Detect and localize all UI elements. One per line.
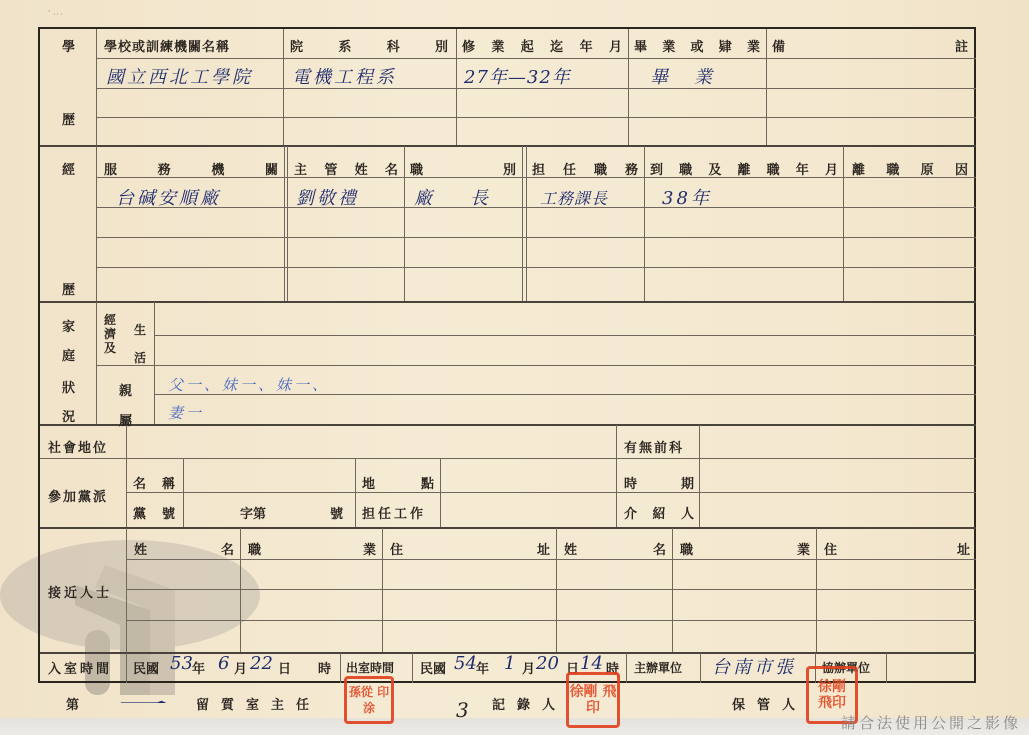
hdr-char: 因 bbox=[955, 159, 968, 178]
hdr-char: 職 bbox=[886, 159, 899, 178]
hdr-char: 業 bbox=[662, 36, 675, 55]
divider bbox=[154, 302, 155, 424]
header-job-title: 職別 bbox=[410, 159, 516, 178]
header-duty: 担任職務 bbox=[532, 159, 638, 178]
divider bbox=[766, 29, 767, 145]
family-label-char: 狀 bbox=[62, 377, 75, 396]
section-line bbox=[40, 424, 976, 426]
lbl-char: 名 bbox=[133, 473, 146, 492]
header-leaving-reason: 離職原因 bbox=[852, 159, 968, 178]
divider bbox=[126, 653, 127, 683]
header-graduation-status: 畢業或肄業 bbox=[634, 36, 760, 55]
hdr-char: 或 bbox=[690, 36, 703, 55]
header-department: 院系科別 bbox=[290, 36, 448, 55]
family-label-char: 庭 bbox=[62, 345, 75, 364]
header-remarks: 備註 bbox=[772, 36, 968, 55]
party-period-label: 時期 bbox=[624, 473, 694, 492]
divider bbox=[556, 528, 557, 652]
hdr-char: 務 bbox=[625, 159, 638, 178]
hdr-char: 修 bbox=[462, 36, 475, 55]
divider bbox=[240, 528, 241, 652]
experience-dates-value[interactable]: 38年 bbox=[662, 184, 712, 210]
hdr-char: 職 bbox=[680, 539, 693, 558]
exit-hour-value[interactable]: 14 bbox=[580, 653, 603, 674]
hdr-char: 姓 bbox=[355, 159, 368, 178]
divider bbox=[183, 459, 184, 527]
party-number-end: 號 bbox=[330, 503, 343, 522]
family-label-char: 家 bbox=[62, 316, 75, 335]
divider bbox=[644, 146, 645, 301]
lbl-char: 紹 bbox=[652, 503, 665, 522]
hdr-char: 註 bbox=[955, 36, 968, 55]
hdr-char: 管 bbox=[324, 159, 337, 178]
divider bbox=[886, 653, 887, 683]
hdr-char: 年 bbox=[580, 36, 593, 55]
record-form: 學 歷 學校或訓練機關名稱 院系科別 修業起迄年月 畢業或肄業 備註 國立西北工… bbox=[38, 27, 976, 683]
lbl-char: 稱 bbox=[162, 473, 175, 492]
row-line bbox=[97, 267, 976, 268]
education-label-bottom: 歷 bbox=[62, 109, 75, 128]
party-place-label: 地點 bbox=[362, 473, 434, 492]
hdr-char: 離 bbox=[737, 159, 750, 178]
hdr-char: 及 bbox=[708, 159, 721, 178]
hdr-char: 職 bbox=[248, 539, 261, 558]
divider bbox=[284, 146, 285, 301]
divider bbox=[287, 146, 288, 301]
entry-day-value[interactable]: 22 bbox=[250, 653, 273, 674]
lbl-char: 及 bbox=[104, 341, 116, 355]
hdr-char: 別 bbox=[435, 36, 448, 55]
hdr-char: 月 bbox=[825, 159, 838, 178]
experience-supervisor-value[interactable]: 劉敬禮 bbox=[296, 184, 359, 210]
lbl-char: 期 bbox=[681, 473, 694, 492]
divider bbox=[699, 425, 700, 527]
divider bbox=[340, 653, 341, 683]
divider bbox=[626, 653, 627, 683]
education-period-value[interactable]: 27年—32年 bbox=[464, 63, 571, 89]
hdr-char: 畢 bbox=[634, 36, 647, 55]
lbl-char: 時 bbox=[624, 473, 637, 492]
row-line bbox=[155, 335, 976, 336]
hdr-char: 住 bbox=[824, 539, 837, 558]
experience-label-bottom: 歷 bbox=[62, 279, 75, 298]
criminal-record-label: 有無前科 bbox=[624, 437, 684, 456]
hdr-char: 址 bbox=[957, 539, 970, 558]
experience-organization-value[interactable]: 台碱安順廠 bbox=[116, 184, 221, 210]
divider bbox=[96, 146, 97, 301]
month-char: 月 bbox=[234, 658, 247, 677]
lbl-char: 生 bbox=[134, 316, 146, 344]
hdr-char: 備 bbox=[772, 36, 785, 55]
hdr-char: 住 bbox=[390, 539, 403, 558]
hdr-char: 別 bbox=[503, 159, 516, 178]
contact-name-header-2: 姓名 bbox=[564, 539, 666, 558]
education-department-value[interactable]: 電機工程系 bbox=[292, 63, 397, 89]
header-supervisor: 主管姓名 bbox=[294, 159, 398, 178]
divider bbox=[672, 528, 673, 652]
year-char: 年 bbox=[476, 658, 489, 677]
exit-month-value[interactable]: 1 bbox=[504, 653, 515, 674]
lbl-char: 濟 bbox=[104, 327, 116, 341]
hdr-char: 年 bbox=[796, 159, 809, 178]
year-char: 年 bbox=[192, 658, 205, 677]
section-line bbox=[40, 527, 976, 529]
entry-era: 民國 bbox=[133, 658, 159, 677]
lbl-char: 親 bbox=[119, 377, 132, 407]
hdr-char: 名 bbox=[221, 539, 234, 558]
divider bbox=[283, 29, 284, 145]
experience-duty-value[interactable]: 工務課長 bbox=[540, 186, 608, 209]
row-line bbox=[97, 117, 976, 118]
hdr-char: 担 bbox=[532, 159, 545, 178]
divider bbox=[456, 29, 457, 145]
social-status-label: 社會地位 bbox=[48, 437, 108, 456]
host-unit-value[interactable]: 台南市張 bbox=[712, 653, 796, 679]
hdr-char: 到 bbox=[650, 159, 663, 178]
divider bbox=[526, 146, 527, 301]
contact-job-header-2: 職業 bbox=[680, 539, 810, 558]
lbl-char: 經 bbox=[104, 313, 116, 327]
party-name-label: 名稱 bbox=[133, 473, 175, 492]
section-line bbox=[40, 301, 976, 303]
row-line bbox=[97, 58, 976, 59]
row-line bbox=[127, 559, 976, 560]
hdr-char: 院 bbox=[290, 36, 303, 55]
experience-title-value[interactable]: 廠 長 bbox=[414, 184, 498, 210]
hdr-char: 科 bbox=[387, 36, 400, 55]
row-line bbox=[127, 492, 976, 493]
hdr-char: 業 bbox=[363, 539, 376, 558]
divider bbox=[440, 459, 441, 527]
host-unit-label: 主辦單位 bbox=[634, 659, 682, 676]
divider bbox=[616, 425, 617, 527]
hdr-char: 服 bbox=[104, 159, 117, 178]
page-mark: 3 bbox=[456, 698, 472, 722]
hdr-char: 月 bbox=[609, 36, 622, 55]
hdr-char: 名 bbox=[653, 539, 666, 558]
hdr-char: 業 bbox=[797, 539, 810, 558]
entry-time-label: 入室時間 bbox=[48, 658, 112, 677]
hdr-char: 務 bbox=[158, 159, 171, 178]
contact-address-header: 住址 bbox=[390, 539, 550, 558]
divider bbox=[522, 146, 523, 301]
party-number-mid: 字第 bbox=[240, 503, 266, 522]
row-line bbox=[127, 589, 976, 590]
hdr-char: 機 bbox=[211, 159, 224, 178]
hdr-char: 職 bbox=[410, 159, 423, 178]
lbl-char: 點 bbox=[421, 473, 434, 492]
divider bbox=[355, 459, 356, 527]
education-status-value[interactable]: 畢業 bbox=[650, 63, 738, 89]
stray-pencil-mark: ﾞ··· bbox=[48, 9, 64, 20]
divider bbox=[126, 459, 127, 527]
contact-job-header: 職業 bbox=[248, 539, 376, 558]
divider bbox=[96, 302, 97, 424]
lbl-char: 號 bbox=[162, 503, 175, 522]
experience-label-top: 經 bbox=[62, 159, 75, 178]
hdr-char: 原 bbox=[921, 159, 934, 178]
hdr-char: 任 bbox=[563, 159, 576, 178]
divider bbox=[382, 528, 383, 652]
lbl-char: 人 bbox=[681, 503, 694, 522]
hdr-char: 姓 bbox=[564, 539, 577, 558]
exit-year-value[interactable]: 54 bbox=[454, 653, 477, 674]
hdr-char: 起 bbox=[521, 36, 534, 55]
hdr-char: 關 bbox=[265, 159, 278, 178]
row-line bbox=[40, 458, 976, 459]
header-school-name: 學校或訓練機關名稱 bbox=[104, 36, 230, 55]
recorder-label: 記錄人 bbox=[492, 694, 567, 713]
family-label-char: 況 bbox=[62, 406, 75, 425]
contact-name-header: 姓名 bbox=[134, 539, 234, 558]
row-line bbox=[97, 237, 976, 238]
party-affiliation-label: 參加黨派 bbox=[48, 486, 108, 505]
number-value[interactable]: 一 bbox=[113, 688, 163, 717]
divider bbox=[96, 29, 97, 145]
divider bbox=[412, 653, 413, 683]
divider bbox=[126, 528, 127, 652]
relatives-value-line2[interactable]: 妻一 bbox=[168, 402, 204, 423]
entry-month-value[interactable]: 6 bbox=[218, 653, 229, 674]
hdr-char: 址 bbox=[537, 539, 550, 558]
row-line bbox=[97, 365, 976, 366]
usage-watermark: 請合法使用公開之影像 bbox=[841, 712, 1021, 733]
lbl-char: 地 bbox=[362, 473, 375, 492]
hdr-char: 主 bbox=[294, 159, 307, 178]
hdr-char: 職 bbox=[679, 159, 692, 178]
hdr-char: 系 bbox=[338, 36, 351, 55]
hdr-char: 迄 bbox=[550, 36, 563, 55]
custodian-label: 保管人 bbox=[732, 694, 807, 713]
education-label-top: 學 bbox=[62, 36, 75, 55]
exit-day-value[interactable]: 20 bbox=[536, 653, 559, 674]
close-contacts-label: 接近人士 bbox=[48, 582, 112, 601]
hdr-char: 職 bbox=[594, 159, 607, 178]
director-seal: 孫從 印涂 bbox=[344, 676, 394, 724]
header-organization: 服務機關 bbox=[104, 159, 278, 178]
divider bbox=[843, 146, 844, 301]
divider bbox=[700, 653, 701, 683]
hour-char: 時 bbox=[318, 658, 331, 677]
divider bbox=[628, 29, 629, 145]
hdr-char: 業 bbox=[491, 36, 504, 55]
entry-year-value[interactable]: 53 bbox=[170, 653, 193, 674]
lbl-char: 黨 bbox=[133, 503, 146, 522]
row-line bbox=[97, 207, 976, 208]
divider bbox=[126, 425, 127, 458]
header-study-period: 修業起迄年月 bbox=[462, 36, 622, 55]
hdr-char: 業 bbox=[747, 36, 760, 55]
section-line bbox=[40, 145, 976, 147]
director-label: 留質室主任 bbox=[196, 694, 321, 713]
lbl-char: 活 bbox=[134, 344, 146, 372]
hdr-char: 職 bbox=[767, 159, 780, 178]
divider bbox=[404, 146, 405, 301]
economy-label: 經 濟 及 bbox=[104, 313, 116, 355]
month-char: 月 bbox=[522, 658, 535, 677]
education-school-value[interactable]: 國立西北工學院 bbox=[106, 63, 253, 89]
number-prefix: 第 bbox=[66, 694, 91, 713]
hdr-char: 姓 bbox=[134, 539, 147, 558]
recorder-seal: 徐剛 飛印 bbox=[566, 672, 620, 728]
hdr-char: 名 bbox=[385, 159, 398, 178]
hdr-char: 離 bbox=[852, 159, 865, 178]
party-number-label: 黨號 bbox=[133, 503, 175, 522]
exit-time-label: 出室時間 bbox=[346, 659, 394, 676]
row-line bbox=[127, 620, 976, 621]
day-char: 日 bbox=[278, 658, 291, 677]
livelihood-label: 生 活 bbox=[134, 316, 146, 372]
introducer-label: 介紹人 bbox=[624, 503, 694, 522]
divider bbox=[816, 528, 817, 652]
contact-address-header-2: 住址 bbox=[824, 539, 970, 558]
header-employment-dates: 到職及離職年月 bbox=[650, 159, 838, 178]
party-role-label: 担任工作 bbox=[362, 503, 426, 522]
lbl-char: 介 bbox=[624, 503, 637, 522]
hdr-char: 肄 bbox=[719, 36, 732, 55]
exit-era: 民國 bbox=[420, 658, 446, 677]
relatives-value-line1[interactable]: 父一、妹一、妹一、 bbox=[168, 374, 330, 395]
